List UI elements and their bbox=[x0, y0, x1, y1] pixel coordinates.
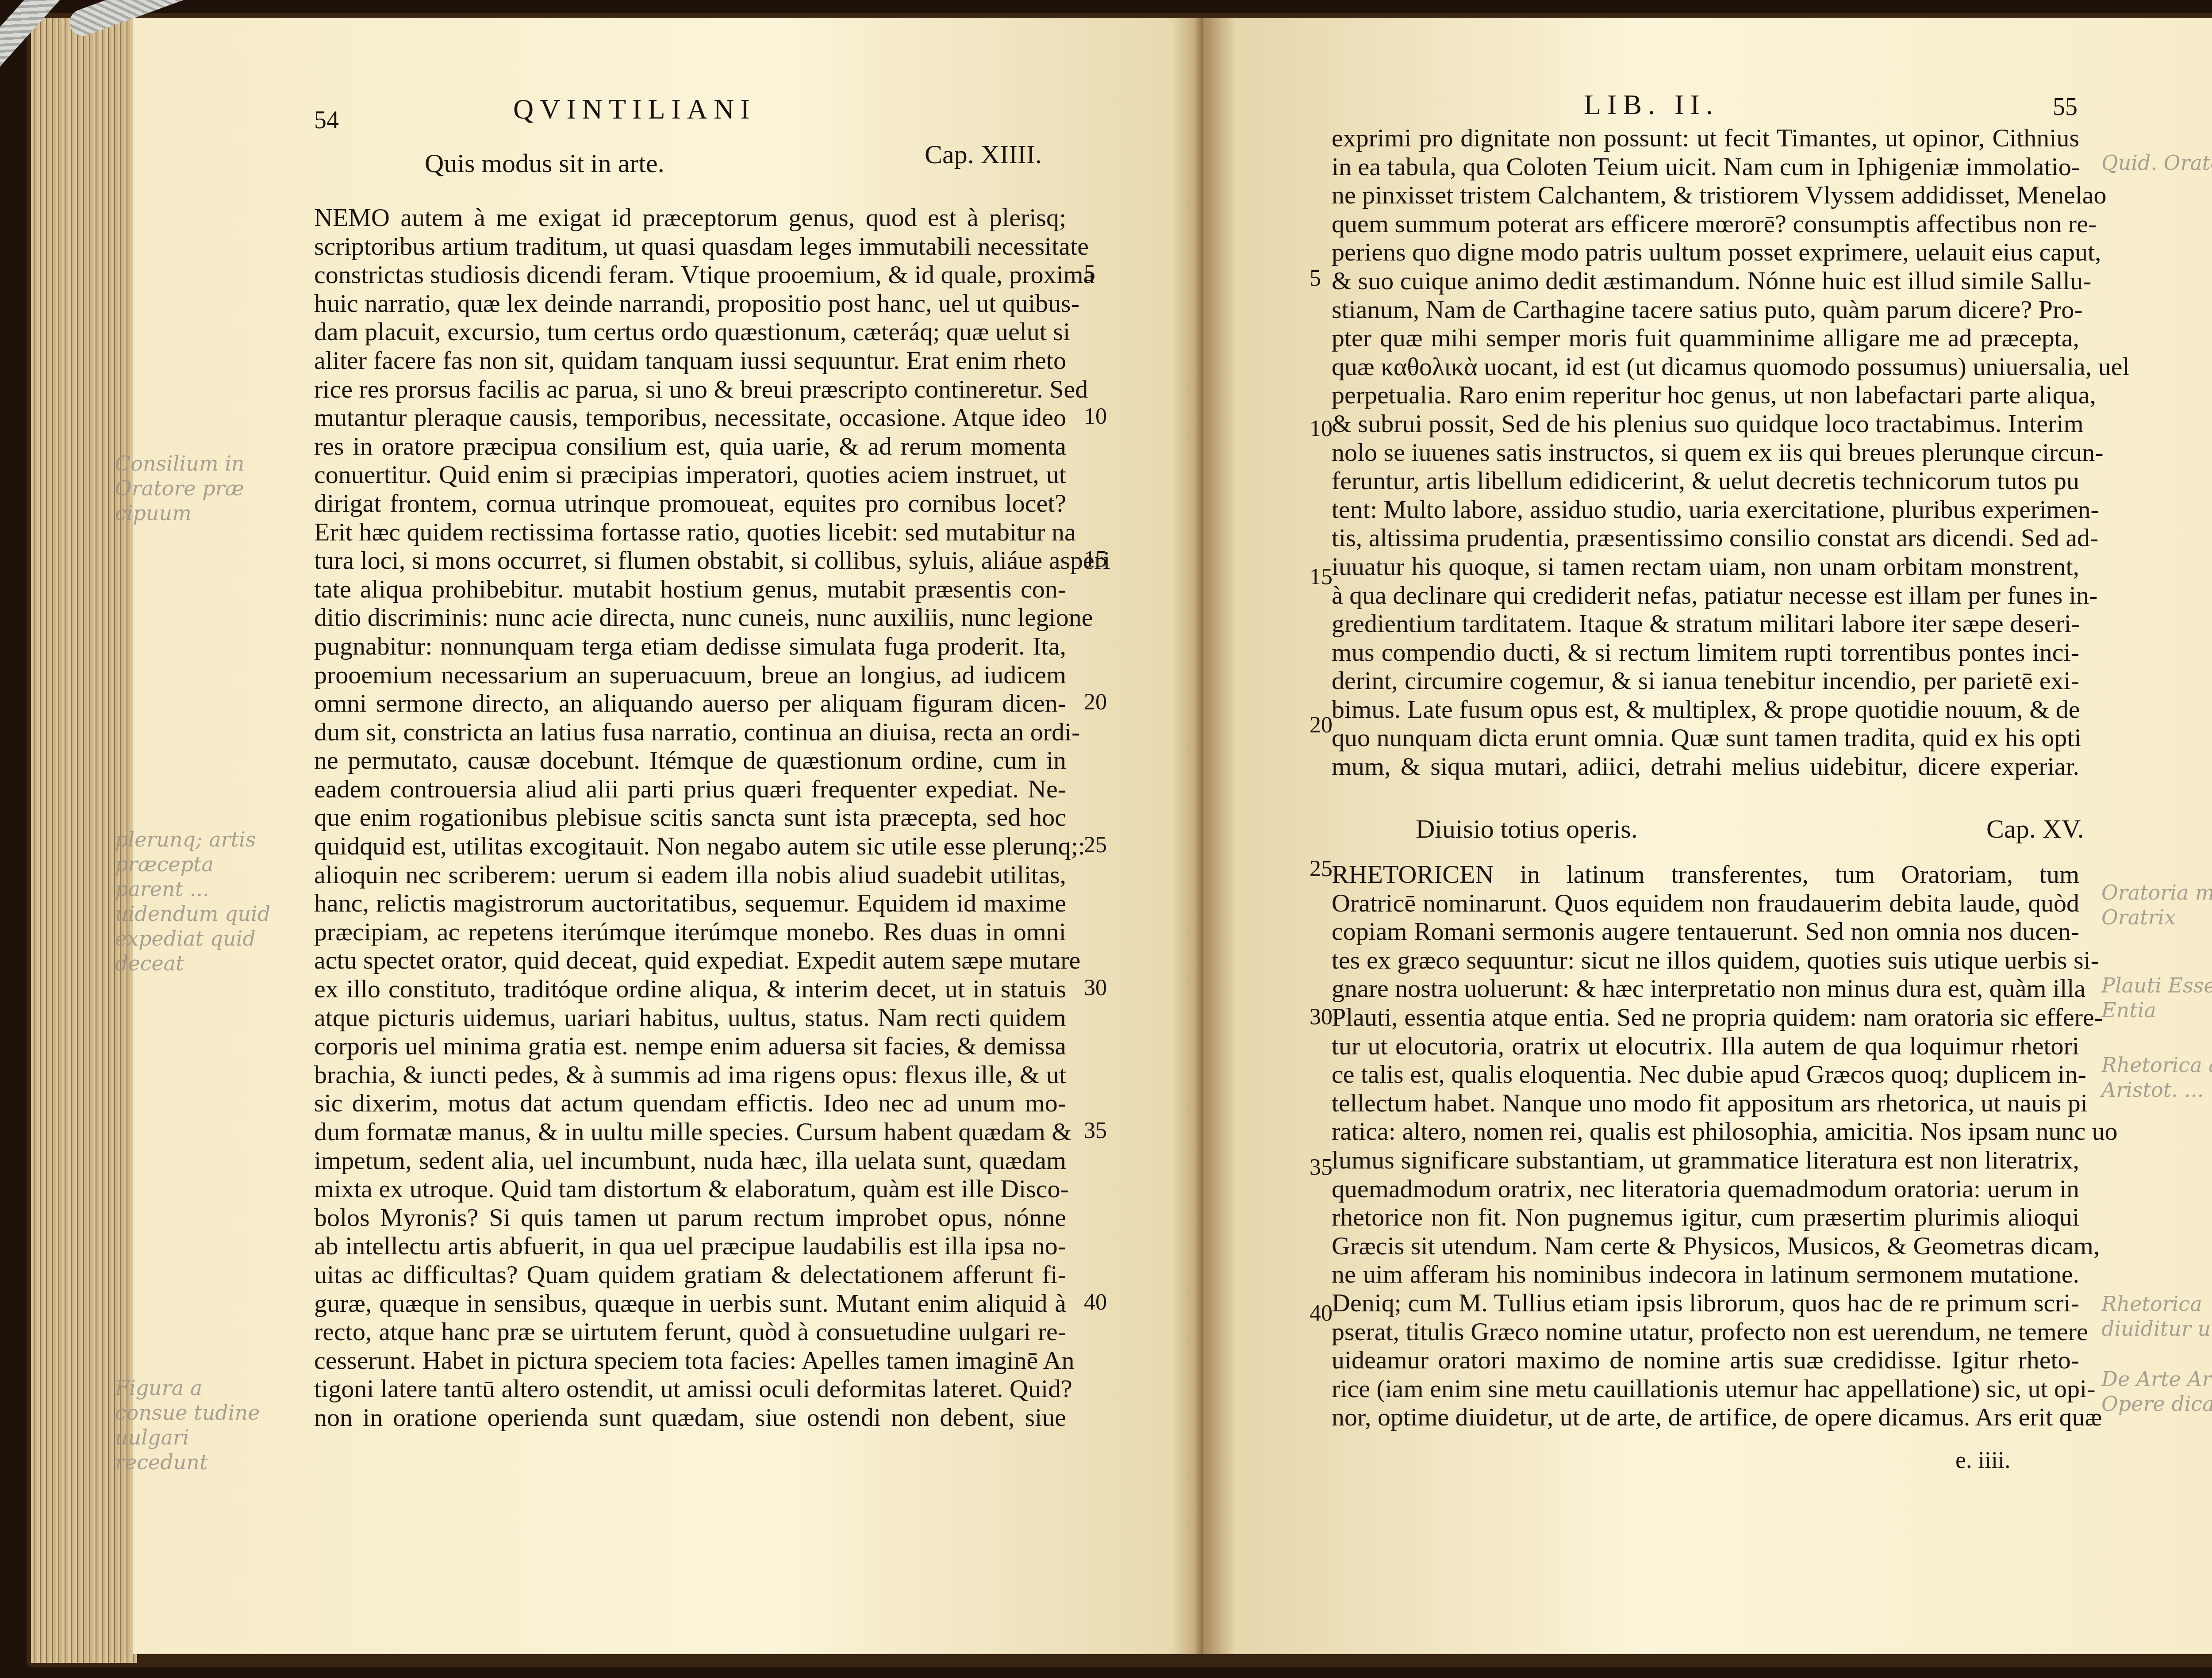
line-number: 15 bbox=[1310, 564, 1333, 590]
signature-mark: e. iiii. bbox=[1955, 1446, 2010, 1474]
text-line: tur ut elocutoria, oratrix ut elocutrix.… bbox=[1332, 1032, 2079, 1061]
running-head: LIB. II. bbox=[1584, 88, 1719, 121]
text-line: uideamur oratori maximo de nomine artis … bbox=[1332, 1346, 2079, 1375]
text-line: periens quo digne modo patris uultum pos… bbox=[1332, 238, 2079, 267]
text-line: copiam Romani sermonis augere tentauerun… bbox=[1332, 917, 2079, 946]
handwritten-margin-note: Quid. Orator ... bbox=[2101, 150, 2212, 175]
left-page: 54 QVINTILIANI Quis modus sit in arte. C… bbox=[133, 18, 1203, 1654]
text-line: ne uim afferam his nominibus indecora in… bbox=[1332, 1260, 2079, 1289]
text-line: hanc, relictis magistrorum auctoritatibu… bbox=[314, 889, 1066, 918]
text-line: mum, & siqua mutari, adiici, detrahi mel… bbox=[1332, 752, 2079, 781]
text-line: præcipiam, ac repetens iterúmque iterúmq… bbox=[314, 918, 1066, 946]
body-text: NEMO autem à me exigat id præceptorum ge… bbox=[314, 203, 1066, 1432]
chapter-title: Quis modus sit in arte. bbox=[425, 148, 664, 179]
line-number: 25 bbox=[1310, 856, 1333, 882]
text-line: dam placuit, excursio, tum certus ordo q… bbox=[314, 318, 1066, 346]
text-line: uitas ac difficultas? Quam quidem gratia… bbox=[314, 1260, 1066, 1289]
text-line: que enim rogationibus plebisue scitis sa… bbox=[314, 803, 1066, 832]
text-line: nor, optime diuidetur, ut de arte, de ar… bbox=[1332, 1403, 2079, 1432]
text-line: quemadmodum oratrix, nec literatoria que… bbox=[1332, 1175, 2079, 1203]
text-line: alioquin nec scriberem: uerum si eadem i… bbox=[314, 861, 1066, 889]
text-line: lumus significare substantiam, ut gramma… bbox=[1332, 1146, 2079, 1175]
line-number: 25 bbox=[1084, 832, 1107, 858]
line-number: 5 bbox=[1084, 261, 1095, 287]
line-number: 15 bbox=[1084, 546, 1107, 572]
text-line: tes ex græco sequuntur: sicut ne illos q… bbox=[1332, 946, 2079, 975]
text-line: pter quæ mihi semper moris fuit quammini… bbox=[1332, 324, 2079, 352]
text-line: quem summum poterat ars efficere mœrorē?… bbox=[1332, 210, 2079, 238]
line-number: 10 bbox=[1084, 403, 1107, 429]
text-line: quæ καθολικὰ uocant, id est (ut dicamus … bbox=[1332, 352, 2079, 381]
text-line: tura loci, si mons occurret, si flumen o… bbox=[314, 546, 1066, 575]
text-line: Erit hæc quidem rectissima fortasse rati… bbox=[314, 518, 1066, 547]
chapter-title: Diuisio totius operis. bbox=[1416, 814, 1638, 844]
text-line: actu spectet orator, quid deceat, quid e… bbox=[314, 946, 1066, 975]
text-line: mixta ex utroque. Quid tam distortum & e… bbox=[314, 1175, 1066, 1203]
text-line: recto, atque hanc præ se uirtutem ferunt… bbox=[314, 1318, 1066, 1346]
text-line: pserat, titulis Græco nomine utatur, pro… bbox=[1332, 1318, 2079, 1346]
text-line: corporis uel minima gratia est. nempe en… bbox=[314, 1032, 1066, 1061]
text-line: tis, altissima prudentia, præsentissimo … bbox=[1332, 524, 2079, 552]
text-line: gnare nostra uoluerunt: & hæc interpreta… bbox=[1332, 974, 2079, 1003]
text-line: huic narratio, quæ lex deinde narrandi, … bbox=[314, 289, 1066, 318]
text-line: res in oratore præcipua consilium est, q… bbox=[314, 432, 1066, 461]
text-line: iuuatur his quoque, si tamen rectam uiam… bbox=[1332, 552, 2079, 581]
text-line: tent: Multo labore, assiduo studio, uari… bbox=[1332, 495, 2079, 524]
text-line: conuertitur. Quid enim si præcipias impe… bbox=[314, 460, 1066, 489]
line-number: 10 bbox=[1310, 416, 1333, 442]
text-line: in ea tabula, qua Coloten Teium uicit. N… bbox=[1332, 153, 2079, 181]
handwritten-margin-note: Consilium in Oratore præ cipuum bbox=[115, 451, 274, 525]
text-line: ratica: altero, nomen rei, qualis est ph… bbox=[1332, 1117, 2079, 1146]
text-line: bimus. Late fusum opus est, & multiplex,… bbox=[1332, 695, 2079, 724]
handwritten-margin-note: Rhetorica ad Aristot. ... bbox=[2101, 1053, 2212, 1102]
right-page: LIB. II. 55 exprimi pro dignitate non po… bbox=[1203, 18, 2212, 1654]
text-line: prooemium necessarium an superuacuum, br… bbox=[314, 661, 1066, 690]
text-line: ex illo constituto, traditóque ordine al… bbox=[314, 975, 1066, 1004]
handwritten-margin-note: plerunq; artis præcepta parent ... uiden… bbox=[115, 827, 274, 976]
text-line: dirigat frontem, cornua utrinque promoue… bbox=[314, 489, 1066, 518]
text-line: dum sit, constricta an latius fusa narra… bbox=[314, 718, 1066, 747]
text-line: perpetualia. Raro enim reperitur hoc gen… bbox=[1332, 381, 2079, 410]
text-line: & subrui possit, Sed de his plenius suo … bbox=[1332, 410, 2079, 438]
line-number: 40 bbox=[1084, 1289, 1107, 1315]
text-line: brachia, & iuncti pedes, & à summis ad i… bbox=[314, 1061, 1066, 1089]
body-text-top: exprimi pro dignitate non possunt: ut fe… bbox=[1332, 124, 2079, 781]
handwritten-margin-note: Plauti Essentia Entia bbox=[2101, 973, 2212, 1023]
text-line: tate aliqua prohibebitur. mutabit hostiu… bbox=[314, 575, 1066, 604]
text-line: mus compendio ducti, & si rectum limitem… bbox=[1332, 638, 2079, 667]
handwritten-margin-note: De Arte Artifice Opere dicam bbox=[2101, 1367, 2212, 1416]
page-number: 55 bbox=[2053, 93, 2078, 121]
text-line: tellectum habet. Nanque uno modo fit app… bbox=[1332, 1089, 2079, 1118]
text-line: & suo cuique animo dedit æstimandum. Nón… bbox=[1332, 267, 2079, 295]
handwritten-margin-note: Figura a consue tudine uulgari recedunt bbox=[115, 1375, 274, 1475]
line-number: 30 bbox=[1310, 1004, 1333, 1030]
chapter-number: Cap. XV. bbox=[1986, 814, 2084, 844]
text-line: Græcis sit utendum. Nam certe & Physicos… bbox=[1332, 1232, 2079, 1260]
text-line: ne pinxisset tristem Calchantem, & trist… bbox=[1332, 181, 2079, 210]
text-line: impetum, sedent alia, uel incumbunt, nud… bbox=[314, 1146, 1066, 1175]
text-line: mutantur pleraque causis, temporibus, ne… bbox=[314, 403, 1066, 432]
line-number: 20 bbox=[1084, 689, 1107, 715]
text-line: tigoni latere tantū altero ostendit, ut … bbox=[314, 1375, 1066, 1403]
text-line: ne permutato, causæ docebunt. Itémque de… bbox=[314, 746, 1066, 775]
text-line: ab intellectu artis abfuerit, in qua uel… bbox=[314, 1232, 1066, 1260]
text-line: non in oratione operienda sunt quædam, s… bbox=[314, 1403, 1066, 1432]
text-line: Oratricē nominarunt. Quos equidem non fr… bbox=[1332, 889, 2079, 918]
text-line: aliter facere fas non sit, quidam tanqua… bbox=[314, 346, 1066, 375]
text-line: pugnabitur: nonnunquam terga etiam dedis… bbox=[314, 632, 1066, 661]
text-line: bolos Myronis? Si quis tamen ut parum re… bbox=[314, 1203, 1066, 1232]
line-number: 35 bbox=[1310, 1154, 1333, 1180]
text-line: gredientium tarditatem. Itaque & stratum… bbox=[1332, 609, 2079, 638]
text-line: quo nunquam dicta erunt omnia. Quæ sunt … bbox=[1332, 724, 2079, 752]
text-line: constrictas studiosis dicendi feram. Vti… bbox=[314, 261, 1066, 289]
text-line: rice (iam enim sine metu cauillationis u… bbox=[1332, 1375, 2079, 1403]
text-line: cesserunt. Habet in pictura speciem tota… bbox=[314, 1346, 1066, 1375]
line-number: 30 bbox=[1084, 975, 1107, 1001]
body-text-bottom: RHETORICEN in latinum transferentes, tum… bbox=[1332, 860, 2079, 1432]
text-line: feruntur, artis libellum edidicerint, & … bbox=[1332, 467, 2079, 495]
text-line: rhetorice non fit. Non pugnemus igitur, … bbox=[1332, 1203, 2079, 1232]
text-line: Plauti, essentia atque entia. Sed ne pro… bbox=[1332, 1003, 2079, 1032]
chapter-number: Cap. XIIII. bbox=[925, 139, 1042, 170]
text-line: dum formatæ manus, & in uultu mille spec… bbox=[314, 1118, 1066, 1146]
page-number: 54 bbox=[314, 106, 339, 134]
text-line: ditio discriminis: nunc acie directa, nu… bbox=[314, 603, 1066, 632]
text-line: stianum, Nam de Carthagine tacere satius… bbox=[1332, 295, 2079, 324]
running-head: QVINTILIANI bbox=[513, 93, 756, 126]
text-line: scriptoribus artium traditum, ut quasi q… bbox=[314, 232, 1066, 261]
line-number: 40 bbox=[1310, 1300, 1333, 1326]
text-line: guræ, quæque in sensibus, quæque in uerb… bbox=[314, 1289, 1066, 1318]
text-line: nolo se iuuenes satis instructos, si que… bbox=[1332, 438, 2079, 467]
handwritten-margin-note: Rhetorica diuiditur ut bbox=[2101, 1291, 2212, 1341]
text-line: atque picturis uidemus, uariari habitus,… bbox=[314, 1004, 1066, 1032]
handwritten-margin-note: Oratoria male Oratrix bbox=[2101, 880, 2212, 930]
text-line: omni sermone directo, an aliquando auers… bbox=[314, 689, 1066, 718]
text-line: quidquid est, utilitas excogitauit. Non … bbox=[314, 832, 1066, 861]
text-line: RHETORICEN in latinum transferentes, tum… bbox=[1332, 860, 2079, 889]
text-line: derint, circumire cogemur, & si ianua te… bbox=[1332, 667, 2079, 695]
text-line: NEMO autem à me exigat id præceptorum ge… bbox=[314, 203, 1066, 232]
line-number: 20 bbox=[1310, 712, 1333, 738]
text-line: rice res prorsus facilis ac parua, si un… bbox=[314, 375, 1066, 404]
text-line: à qua declinare qui crediderit nefas, pa… bbox=[1332, 581, 2079, 610]
text-line: exprimi pro dignitate non possunt: ut fe… bbox=[1332, 124, 2079, 153]
text-line: sic dixerim, motus dat actum quendam eff… bbox=[314, 1089, 1066, 1118]
line-number: 5 bbox=[1310, 265, 1321, 291]
text-line: Deniq; cum M. Tullius etiam ipsis libror… bbox=[1332, 1289, 2079, 1318]
text-line: eadem controuersia aliud alii parti priu… bbox=[314, 775, 1066, 804]
text-line: ce talis est, qualis eloquentia. Nec dub… bbox=[1332, 1060, 2079, 1089]
line-number: 35 bbox=[1084, 1118, 1107, 1144]
